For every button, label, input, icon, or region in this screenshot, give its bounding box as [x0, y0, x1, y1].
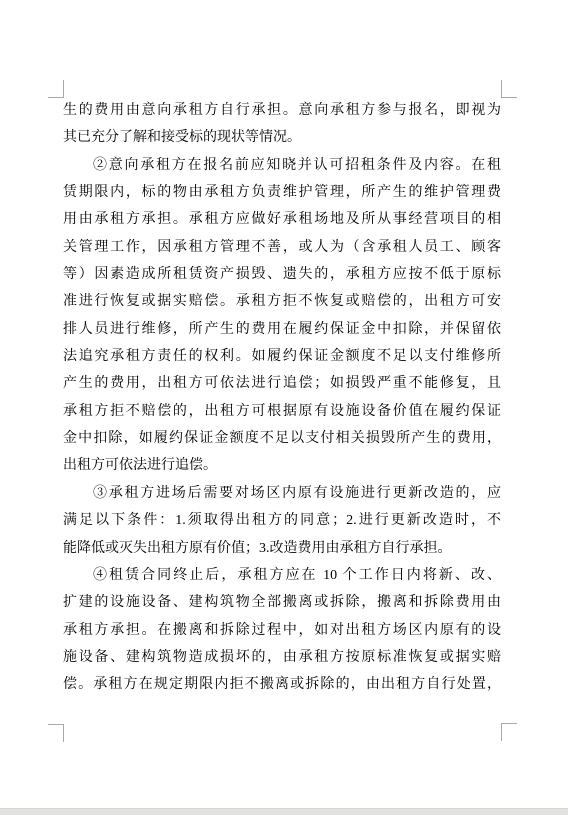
text-line: 排人员进行维修，所产生的费用在履约保证金中扣除，并保留依: [63, 316, 501, 343]
text-line: 出租方可依法进行追偿。: [63, 452, 501, 479]
text-line: 法追究承租方责任的权利。如履约保证金额度不足以支付维修所: [63, 343, 501, 370]
text-line: 偿。承租方在规定期限内拒不搬离或拆除的，由出租方自行处置，: [63, 671, 501, 698]
text-line: 金中扣除，如履约保证金额度不足以支付相关损毁所产生的费用，: [63, 425, 501, 452]
document-page: 生的费用由意向承租方自行承担。意向承租方参与报名，即视为其已充分了解和接受标的现…: [0, 0, 568, 815]
text-line: 关管理工作，因承租方管理不善，或人为（含承租人员工、顾客: [63, 234, 501, 261]
text-line: 生的费用由意向承租方自行承担。意向承租方参与报名，即视为: [63, 97, 501, 124]
body-text: 生的费用由意向承租方自行承担。意向承租方参与报名，即视为其已充分了解和接受标的现…: [63, 97, 501, 699]
text-boundary-mark-bottom-right: [501, 723, 517, 741]
text-line: 扩建的设施设备、建构筑物全部搬离或拆除，搬离和拆除费用由: [63, 589, 501, 616]
text-line: 产生的费用，出租方可依法进行追偿；如损毁严重不能修复，且: [63, 370, 501, 397]
text-line: 其已充分了解和接受标的现状等情况。: [63, 124, 501, 151]
text-boundary-mark-bottom-left: [48, 724, 64, 742]
text-line: ②意向承租方在报名前应知晓并认可招租条件及内容。在租: [63, 152, 501, 179]
text-line: 施设备、建构筑物造成损坏的，由承租方按原标准恢复或据实赔: [63, 644, 501, 671]
text-line: 承租方拒不赔偿的，出租方可根据原有设施设备价值在履约保证: [63, 398, 501, 425]
text-line: ④租赁合同终止后，承租方应在 10 个工作日内将新、改、: [63, 562, 501, 589]
text-line: 满足以下条件：1.须取得出租方的同意；2.进行更新改造时，不: [63, 507, 501, 534]
text-line: 赁期限内，标的物由承租方负责维护管理，所产生的维护管理费: [63, 179, 501, 206]
text-line: ③承租方进场后需要对场区内原有设施进行更新改造的，应: [63, 480, 501, 507]
text-boundary-mark-top-right: [501, 80, 517, 98]
text-line: 用由承租方承担。承租方应做好承租场地及所从事经营项目的相: [63, 206, 501, 233]
text-line: 能降低或灭失出租方原有价值；3.改造费用由承租方自行承担。: [63, 535, 501, 562]
text-line: 承租方承担。在搬离和拆除过程中，如对出租方场区内原有的设: [63, 617, 501, 644]
text-line: 等）因素造成所租赁资产损毁、遗失的，承租方应按不低于原标: [63, 261, 501, 288]
text-boundary-mark-top-left: [48, 80, 64, 98]
page-bottom-edge: [0, 808, 568, 815]
text-line: 准进行恢复或据实赔偿。承租方拒不恢复或赔偿的，出租方可安: [63, 288, 501, 315]
